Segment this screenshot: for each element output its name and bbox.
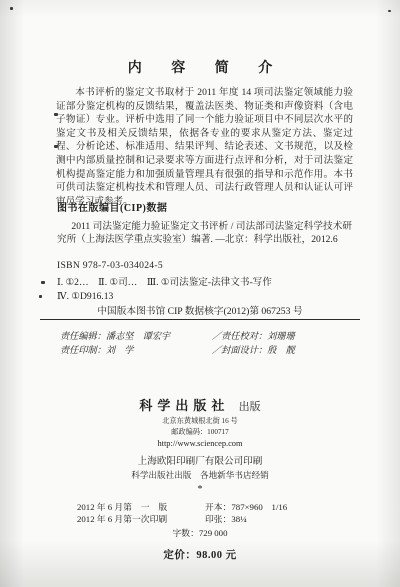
publish-label: 出版 [239, 401, 261, 413]
credits-row-2: 责任印制：刘 学 ／封面设计：殷 靓 [0, 344, 400, 358]
cip-entry: 2011 司法鉴定能力验证鉴定文书评析 / 司法部司法鉴定科学技术研究所（上海法… [57, 220, 352, 247]
word-count: 字数：729 000 [0, 526, 400, 539]
scan-speck [39, 295, 42, 298]
isbn-number: ISBN 978-7-03-034024-5 [57, 260, 163, 271]
publisher-address: 北京东黄城根北街 16 号 [0, 416, 400, 426]
scan-speck [388, 10, 391, 12]
credits-row-1: 责任编辑：潘志坚 谭宏宇 ／责任校对：刘珊珊 [0, 330, 400, 344]
content-summary-paragraph: 本书评析的鉴定文书取材于 2011 年度 14 项司法鉴定领域能力验证部分鉴定机… [56, 86, 353, 208]
section-separator-star: * [0, 486, 400, 494]
staff-credits: 责任编辑：潘志坚 谭宏宇 ／责任校对：刘珊珊 责任印制：刘 学 ／封面设计：殷 … [0, 330, 400, 357]
book-copyright-page: 内 容 简 介 本书评析的鉴定文书取材于 2011 年度 14 项司法鉴定领域能… [0, 0, 400, 587]
cover-designer: ／封面设计：殷 靓 [212, 344, 340, 358]
publisher-logo-text: 科学出版社 [139, 399, 229, 414]
content-summary-title: 内 容 简 介 [0, 57, 400, 77]
scan-speck [54, 113, 58, 116]
horizontal-divider [40, 319, 360, 320]
scan-speck [54, 145, 58, 148]
publisher-line: 科学出版社 出版 [0, 395, 400, 414]
edition-info: 2012 年 6 月第 一 版 开本：787×960 1/16 2012 年 6… [0, 501, 400, 525]
printing-company-line: 上海欧阳印刷厂有限公司印刷 [0, 453, 400, 467]
cip-record-number: 中国版本图书馆 CIP 数据核字(2012)第 067253 号 [0, 303, 400, 317]
cip-classification-line2: Ⅳ. ①D916.13 [57, 290, 352, 304]
cip-classification: Ⅰ. ①2… Ⅱ. ①司… Ⅲ. ①司法鉴定-法律文书-写作 Ⅳ. ①D916.… [57, 276, 352, 303]
printed-sheets: 印张：38¼ [205, 513, 323, 525]
colophon-block: 科学出版社 出版 北京东黄城根北街 16 号 邮政编码：100717 http:… [0, 395, 400, 562]
distribution-line: 科学出版社出版 各地新华书店经销 [0, 469, 400, 481]
publisher-website: http://www.sciencep.com [0, 439, 400, 448]
printing-date: 2012 年 6 月第一次印刷 [77, 513, 205, 525]
book-format: 开本：787×960 1/16 [205, 501, 323, 513]
scan-speck [10, 7, 13, 10]
publisher-postcode: 邮政编码：100717 [0, 427, 400, 437]
responsible-editor: 责任编辑：潘志坚 谭宏宇 [60, 330, 212, 344]
edition-date: 2012 年 6 月第 一 版 [77, 501, 205, 513]
edition-row-2: 2012 年 6 月第一次印刷 印张：38¼ [0, 513, 400, 525]
responsible-printer: 责任印制：刘 学 [60, 344, 212, 358]
price: 定价：98.00 元 [0, 547, 400, 562]
cip-heading: 图书在版编目(CIP)数据 [57, 199, 167, 214]
scan-speck [41, 281, 45, 284]
cip-classification-line1: Ⅰ. ①2… Ⅱ. ①司… Ⅲ. ①司法鉴定-法律文书-写作 [57, 276, 352, 290]
responsible-proofreader: ／责任校对：刘珊珊 [212, 330, 340, 344]
edition-row-1: 2012 年 6 月第 一 版 开本：787×960 1/16 [0, 501, 400, 513]
